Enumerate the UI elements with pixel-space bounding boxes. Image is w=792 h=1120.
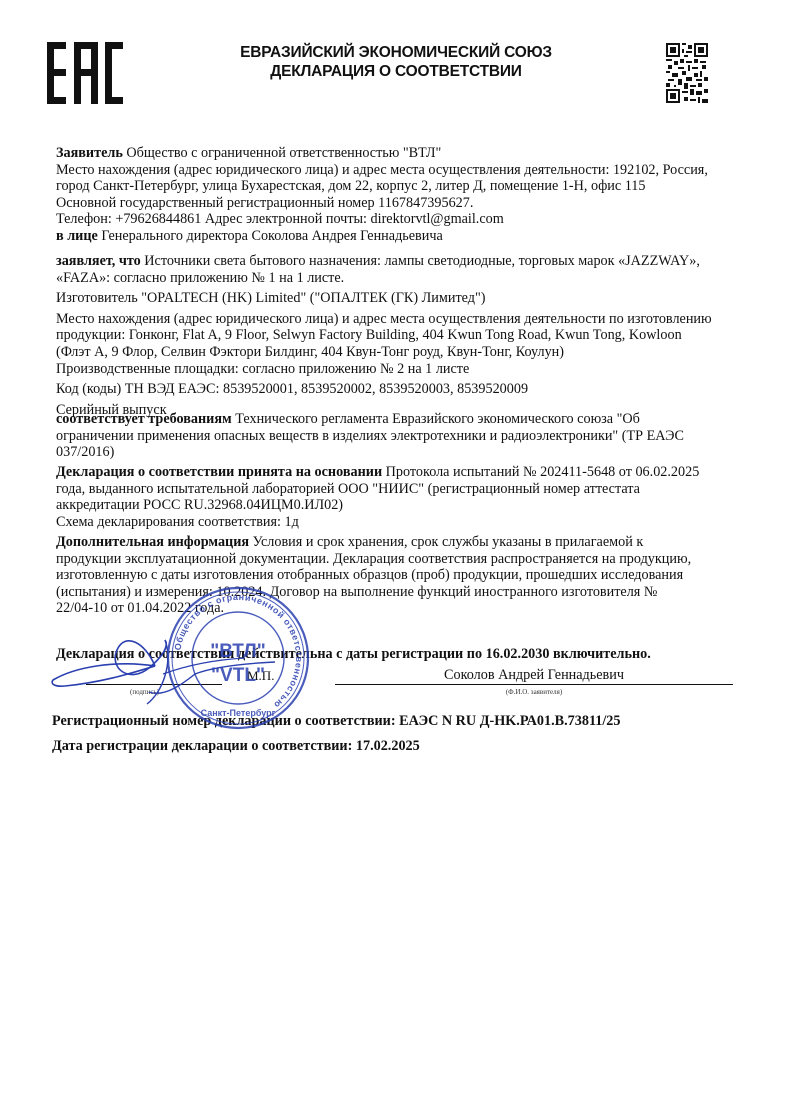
- represented-by-line: в лице Генерального директора Соколова А…: [56, 228, 746, 245]
- manufacturer: Изготовитель "OPALTECH (HK) Limited" ("О…: [56, 290, 746, 307]
- seal-place-label: М.П.: [247, 668, 274, 684]
- additional-label: Дополнительная информация: [56, 534, 249, 550]
- handwritten-signature-icon: [45, 622, 285, 712]
- additional-text1: Условия и срок хранения, срок службы ука…: [249, 534, 643, 550]
- additional-text4: (испытания) и измерения: 10.2024. Догово…: [56, 584, 746, 601]
- basis-line1: Декларация о соответствии принята на осн…: [56, 464, 746, 481]
- additional-text5: 22/04-10 от 01.04.2022 года.: [56, 600, 746, 617]
- registration-number: Регистрационный номер декларации о соотв…: [52, 713, 620, 730]
- applicant-label: Заявитель: [56, 145, 123, 161]
- applicant-ogrn: Основной государственный регистрационный…: [56, 195, 746, 212]
- represented-label: в лице: [56, 228, 98, 244]
- registration-date: Дата регистрации декларации о соответств…: [52, 738, 420, 755]
- basis-label: Декларация о соответствии принята на осн…: [56, 464, 382, 480]
- applicant-contacts: Телефон: +79626844861 Адрес электронной …: [56, 211, 746, 228]
- basis-text3: аккредитации РОСС RU.32968.04ИЦМ0.ИЛ02): [56, 497, 746, 514]
- hs-codes: Код (коды) ТН ВЭД ЕАЭС: 8539520001, 8539…: [56, 381, 746, 398]
- qr-code-icon: [666, 43, 708, 103]
- applicant-name: Общество с ограниченной ответственностью…: [123, 145, 442, 161]
- conformity-label: соответствует требованиям: [56, 411, 232, 427]
- applicant-line: Заявитель Общество с ограниченной ответс…: [56, 145, 746, 162]
- additional-text2: продукции эксплуатационной документации.…: [56, 551, 746, 568]
- applicant-section: Заявитель Общество с ограниченной ответс…: [56, 145, 746, 245]
- applicant-address-line2: город Санкт-Петербург, улица Бухарестска…: [56, 178, 746, 195]
- additional-text3: изготовленную с даты изготовления отобра…: [56, 567, 746, 584]
- basis-section: Декларация о соответствии принята на осн…: [56, 464, 746, 530]
- declares-label: заявляет, что: [56, 253, 141, 269]
- signer-name: Соколов Андрей Геннадьевич: [335, 667, 733, 684]
- declares-section: заявляет, что Источники света бытового н…: [56, 253, 746, 418]
- signer-name-line: [335, 684, 733, 685]
- mfr-address-line2: продукции: Гонконг, Flat A, 9 Floor, Sel…: [56, 327, 746, 344]
- signature-caption: (подпись): [130, 688, 159, 696]
- production-sites: Производственные площадки: согласно прил…: [56, 361, 746, 378]
- additional-info-section: Дополнительная информация Условия и срок…: [56, 534, 746, 617]
- applicant-address-line1: Место нахождения (адрес юридического лиц…: [56, 162, 746, 179]
- validity-statement: Декларация о соответствии действительна …: [56, 646, 651, 663]
- product-desc-line2: «FAZA»: согласно приложению № 1 на 1 лис…: [56, 270, 746, 287]
- basis-text1: Протокола испытаний № 202411-5648 от 06.…: [382, 464, 699, 480]
- additional-line1: Дополнительная информация Условия и срок…: [56, 534, 746, 551]
- mfr-address-line1: Место нахождения (адрес юридического лиц…: [56, 311, 746, 328]
- declares-line1: заявляет, что Источники света бытового н…: [56, 253, 746, 270]
- represented-name: Генерального директора Соколова Андрея Г…: [98, 228, 443, 244]
- mfr-address-line3: (Флэт А, 9 Флор, Селвин Фэктори Билдинг,…: [56, 344, 746, 361]
- signature-line: [86, 684, 222, 685]
- conformity-text1: Технического регламента Евразийского эко…: [232, 411, 640, 427]
- conformity-line1: соответствует требованиям Технического р…: [56, 411, 746, 428]
- conformity-text2: ограничении применения опасных веществ в…: [56, 428, 746, 445]
- declaration-scheme: Схема декларирования соответствия: 1д: [56, 514, 746, 531]
- conformity-text3: 037/2016): [56, 444, 746, 461]
- product-desc-line1: Источники света бытового назначения: лам…: [141, 253, 700, 269]
- signer-name-caption: (Ф.И.О. заявителя): [335, 688, 733, 696]
- basis-text2: года, выданного испытательной лаборатори…: [56, 481, 746, 498]
- conformity-section: соответствует требованиям Технического р…: [56, 411, 746, 461]
